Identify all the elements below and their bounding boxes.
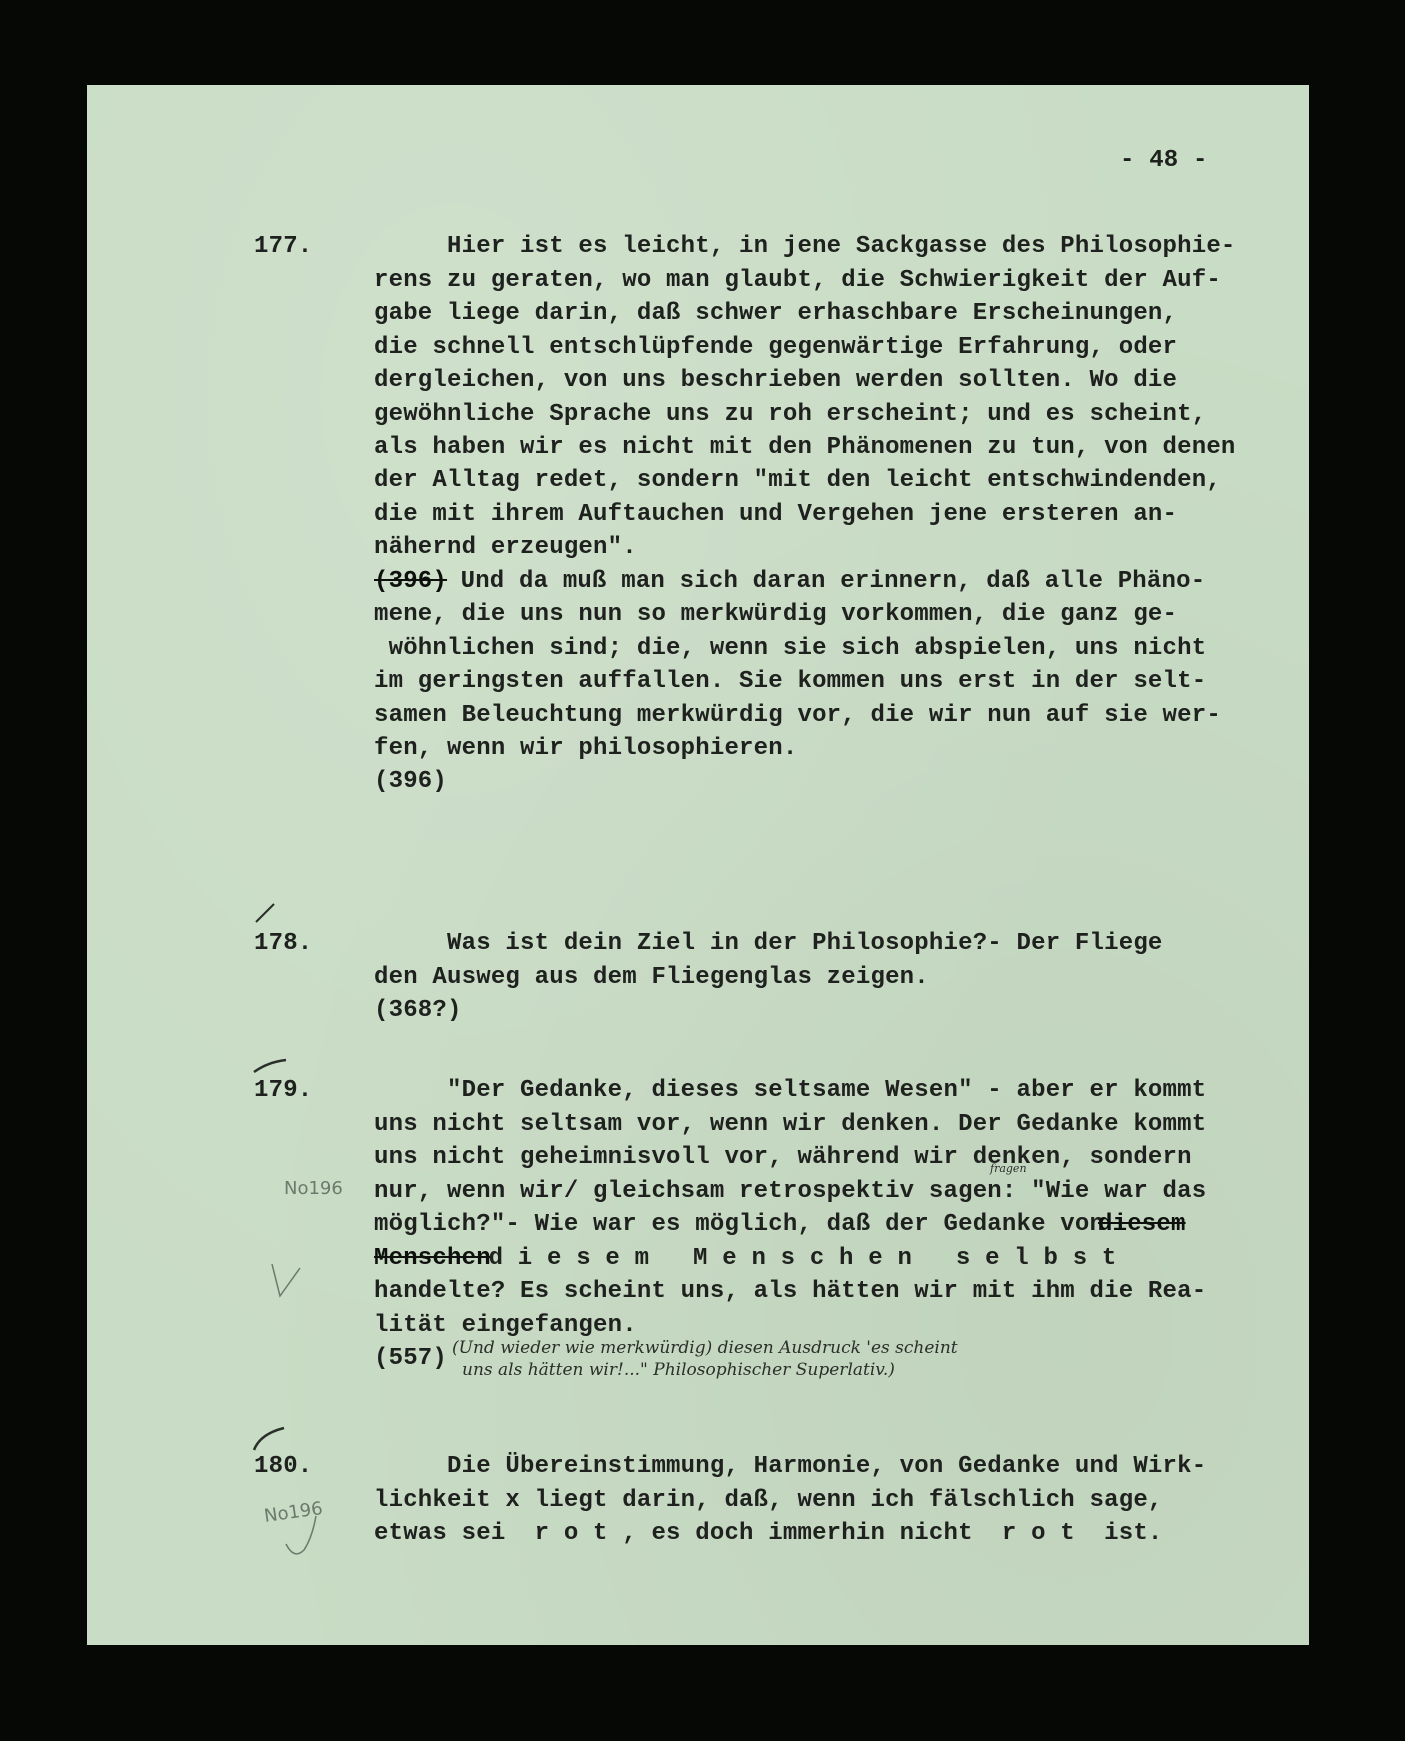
text-line: gabe liege darin, daß schwer erhaschbare… bbox=[374, 300, 1177, 327]
text-line: möglich?"- Wie war es möglich, daß der G… bbox=[374, 1211, 1104, 1238]
source-reference: (368?) bbox=[374, 997, 462, 1024]
spaced-text-line: d i e s e m M e n s c h e n s e l b s t bbox=[474, 1245, 1117, 1272]
check-mark-icon bbox=[250, 1424, 290, 1454]
text-line: der Alltag redet, sondern "mit den leich… bbox=[374, 467, 1221, 494]
section-number-177: 177. bbox=[254, 233, 312, 260]
text-line: nähernd erzeugen". bbox=[374, 534, 637, 561]
text-line: Die Übereinstimmung, Harmonie, von Gedan… bbox=[374, 1453, 1206, 1480]
text-line: wöhnlichen sind; die, wenn sie sich absp… bbox=[374, 635, 1206, 662]
text-line: die mit ihrem Auftauchen und Vergehen je… bbox=[374, 501, 1177, 528]
text-line: die schnell entschlüpfende gegenwärtige … bbox=[374, 334, 1177, 361]
text-line: Hier ist es leicht, in jene Sackgasse de… bbox=[374, 233, 1236, 260]
text-line: fen, wenn wir philosophieren. bbox=[374, 735, 797, 762]
text-line: etwas sei r o t , es doch immerhin nicht… bbox=[374, 1520, 1163, 1547]
text-line: dergleichen, von uns beschrieben werden … bbox=[374, 367, 1177, 394]
text-line: nur, wenn wir/ gleichsam retrospektiv sa… bbox=[374, 1178, 1206, 1205]
text-line: mene, die uns nun so merkwürdig vorkomme… bbox=[374, 601, 1177, 628]
text-line: im geringsten auffallen. Sie kommen uns … bbox=[374, 668, 1206, 695]
section-number-179: 179. bbox=[254, 1077, 312, 1104]
handwritten-note: (Und wieder wie merkwürdig) diesen Ausdr… bbox=[452, 1338, 958, 1358]
source-reference: (396) bbox=[374, 768, 447, 795]
handwritten-insert: fragen bbox=[990, 1162, 1027, 1175]
text-line: Was ist dein Ziel in der Philosophie?- D… bbox=[374, 930, 1163, 957]
handwritten-note: uns als hätten wir!..." Philosophischer … bbox=[462, 1360, 895, 1380]
text-line: rens zu geraten, wo man glaubt, die Schw… bbox=[374, 267, 1221, 294]
section-number-178: 178. bbox=[254, 930, 312, 957]
text-line: uns nicht seltsam vor, wenn wir denken. … bbox=[374, 1111, 1206, 1138]
struck-word: diesem bbox=[1098, 1211, 1186, 1238]
text-line: samen Beleuchtung merkwürdig vor, die wi… bbox=[374, 702, 1221, 729]
text-line: Und da muß man sich daran erinnern, daß … bbox=[446, 568, 1205, 595]
pencil-check-icon bbox=[264, 1258, 304, 1302]
check-mark-icon bbox=[250, 1056, 290, 1076]
source-reference: (557) bbox=[374, 1345, 447, 1372]
text-line: uns nicht geheimnisvoll vor, während wir… bbox=[374, 1144, 1192, 1171]
margin-note: No196 bbox=[284, 1178, 343, 1199]
section-number-180: 180. bbox=[254, 1453, 312, 1480]
text-line: als haben wir es nicht mit den Phänomene… bbox=[374, 434, 1236, 461]
page-number: - 48 - bbox=[1120, 147, 1208, 174]
text-line: handelte? Es scheint uns, als hätten wir… bbox=[374, 1278, 1206, 1305]
check-mark-icon bbox=[252, 900, 282, 926]
text-line: den Ausweg aus dem Fliegenglas zeigen. bbox=[374, 964, 929, 991]
text-line: lität eingefangen. bbox=[374, 1312, 637, 1339]
struck-reference: (396) bbox=[374, 568, 447, 595]
text-line: lichkeit x liegt darin, daß, wenn ich fä… bbox=[374, 1487, 1163, 1514]
pencil-curve-icon bbox=[280, 1510, 320, 1560]
text-line: gewöhnliche Sprache uns zu roh erscheint… bbox=[374, 401, 1206, 428]
text-line: "Der Gedanke, dieses seltsame Wesen" - a… bbox=[374, 1077, 1206, 1104]
